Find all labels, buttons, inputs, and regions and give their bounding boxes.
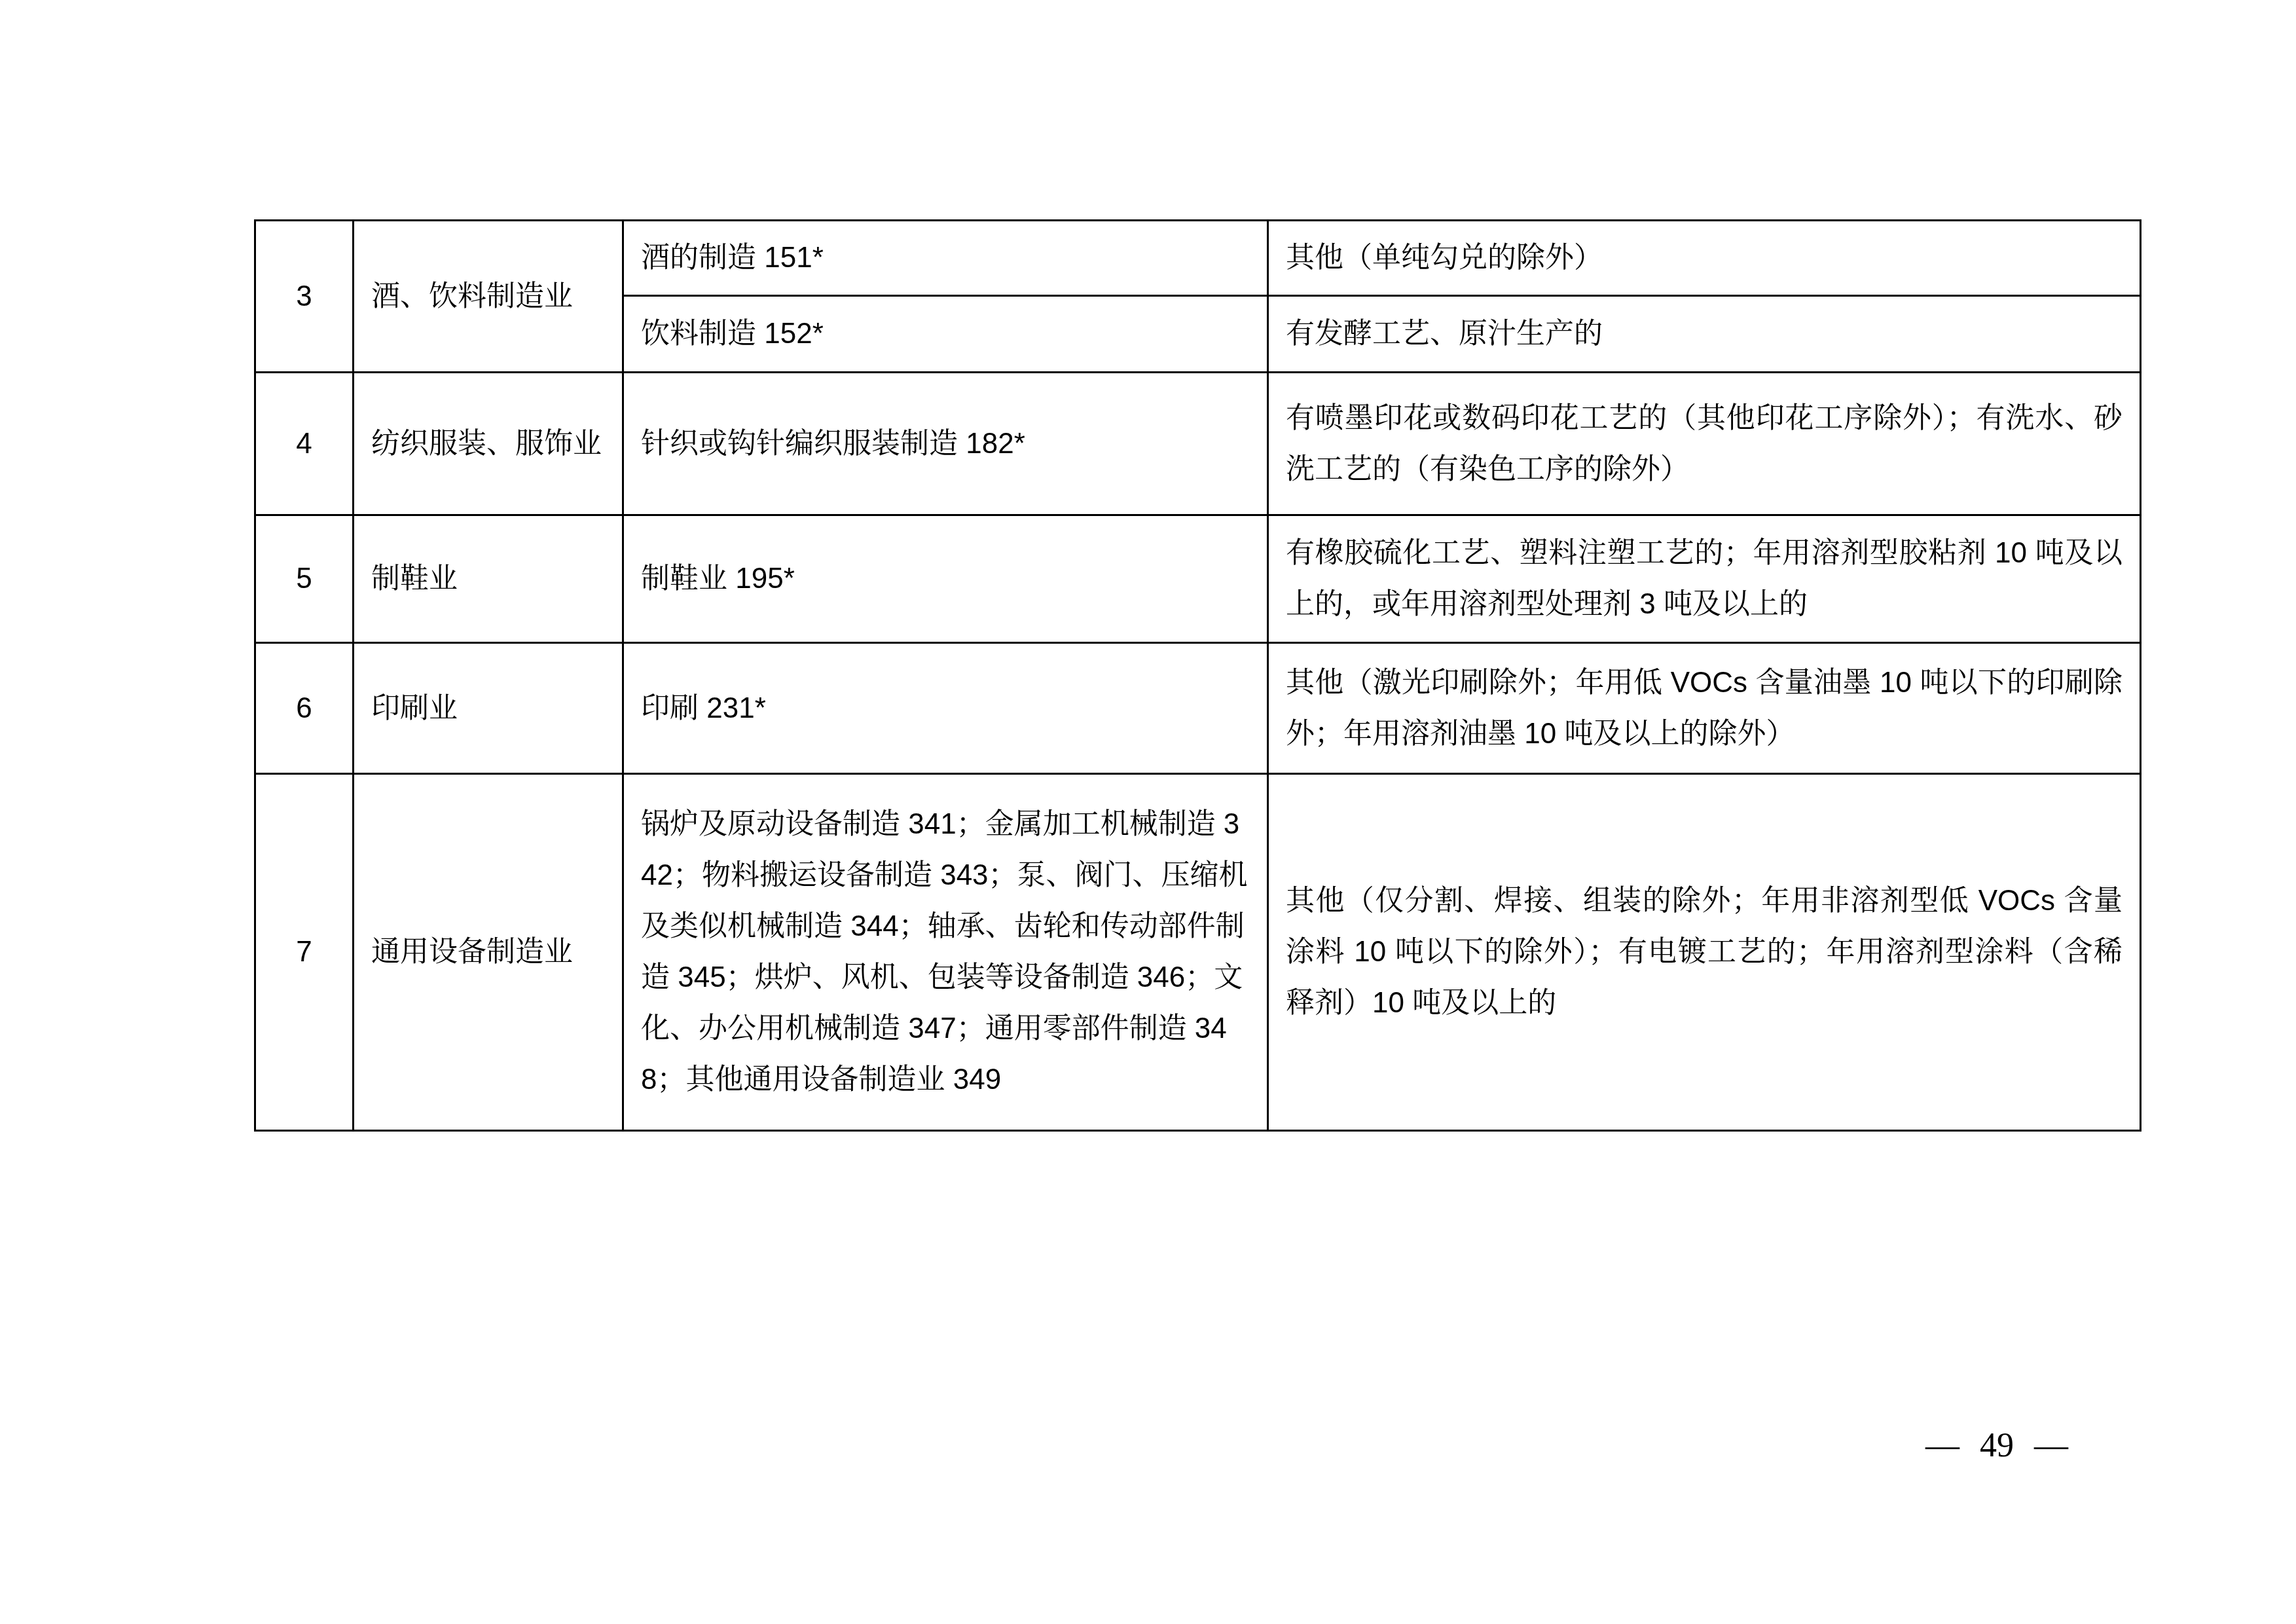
table-row: 4 纺织服装、服饰业 针织或钩针编织服装制造 182* 有喷墨印花或数码印花工艺… — [255, 373, 2141, 515]
criteria-cell: 有发酵工艺、原汁生产的 — [1268, 296, 2141, 373]
subsector-cell: 酒的制造 151* — [623, 221, 1268, 296]
industry-name-cell: 酒、饮料制造业 — [354, 221, 623, 373]
table-row: 5 制鞋业 制鞋业 195* 有橡胶硫化工艺、塑料注塑工艺的；年用溶剂型胶粘剂 … — [255, 515, 2141, 643]
criteria-cell: 有橡胶硫化工艺、塑料注塑工艺的；年用溶剂型胶粘剂 10 吨及以上的，或年用溶剂型… — [1268, 515, 2141, 643]
row-number-cell: 5 — [255, 515, 354, 643]
document-page: 3 酒、饮料制造业 酒的制造 151* 其他（单纯勾兑的除外） 饮料制造 152… — [0, 0, 2296, 1624]
industry-name-cell: 通用设备制造业 — [354, 774, 623, 1131]
table-row: 6 印刷业 印刷 231* 其他（激光印刷除外；年用低 VOCs 含量油墨 10… — [255, 643, 2141, 774]
row-number-cell: 3 — [255, 221, 354, 373]
subsector-cell: 印刷 231* — [623, 643, 1268, 774]
subsector-cell: 针织或钩针编织服装制造 182* — [623, 373, 1268, 515]
subsector-cell: 锅炉及原动设备制造 341；金属加工机械制造 342；物料搬运设备制造 343；… — [623, 774, 1268, 1131]
industry-name-cell: 制鞋业 — [354, 515, 623, 643]
row-number-cell: 4 — [255, 373, 354, 515]
subsector-cell: 饮料制造 152* — [623, 296, 1268, 373]
criteria-cell: 其他（仅分割、焊接、组装的除外；年用非溶剂型低 VOCs 含量涂料 10 吨以下… — [1268, 774, 2141, 1131]
criteria-cell: 其他（单纯勾兑的除外） — [1268, 221, 2141, 296]
subsector-cell: 制鞋业 195* — [623, 515, 1268, 643]
table-row: 3 酒、饮料制造业 酒的制造 151* 其他（单纯勾兑的除外） — [255, 221, 2141, 296]
industry-name-cell: 纺织服装、服饰业 — [354, 373, 623, 515]
industry-name-cell: 印刷业 — [354, 643, 623, 774]
row-number-cell: 7 — [255, 774, 354, 1131]
industry-table: 3 酒、饮料制造业 酒的制造 151* 其他（单纯勾兑的除外） 饮料制造 152… — [254, 219, 2141, 1132]
table-row: 7 通用设备制造业 锅炉及原动设备制造 341；金属加工机械制造 342；物料搬… — [255, 774, 2141, 1131]
criteria-cell: 有喷墨印花或数码印花工艺的（其他印花工序除外）；有洗水、砂洗工艺的（有染色工序的… — [1268, 373, 2141, 515]
row-number-cell: 6 — [255, 643, 354, 774]
page-number: — 49 — — [1918, 1426, 2075, 1466]
criteria-cell: 其他（激光印刷除外；年用低 VOCs 含量油墨 10 吨以下的印刷除外；年用溶剂… — [1268, 643, 2141, 774]
